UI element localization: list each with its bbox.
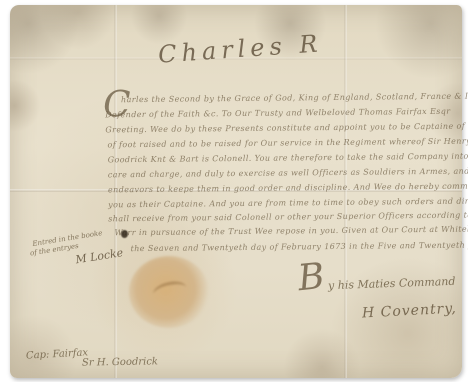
parchment-sheet: Charles R C harles the Second by the Gra…	[10, 5, 462, 378]
body-line: shall receive from your said Colonell or…	[108, 210, 468, 224]
drop-cap-initial: C	[103, 84, 131, 125]
body-line: harles the Second by the Grace of God, K…	[121, 91, 468, 104]
body-line: you as their Captaine. And you are from …	[108, 196, 468, 209]
ink-blot	[121, 230, 128, 238]
body-line: Greeting. Wee do by these Presents const…	[105, 121, 468, 134]
body-line: Goodrick Knt & Bart is Colonell. You are…	[108, 151, 468, 164]
body-line: Warr in pursuance of the Trust Wee repos…	[114, 224, 468, 237]
body-text: C harles the Second by the Grace of God,…	[8, 3, 464, 381]
body-line: care and charge, and duly to exercise as…	[108, 166, 468, 180]
photo-of-document: Charles R C harles the Second by the Gra…	[0, 0, 468, 382]
dateline: the Seaven and Twentyeth day of February…	[131, 240, 468, 254]
embossed-paper-seal	[129, 256, 209, 328]
body-line: Defender of the Faith &c. To Our Trusty …	[105, 107, 450, 120]
seal-embossing-mark	[152, 279, 189, 304]
body-line: endeavors to keepe them in good order an…	[108, 181, 468, 195]
body-line: of foot raised and to be raised for Our …	[107, 137, 468, 150]
